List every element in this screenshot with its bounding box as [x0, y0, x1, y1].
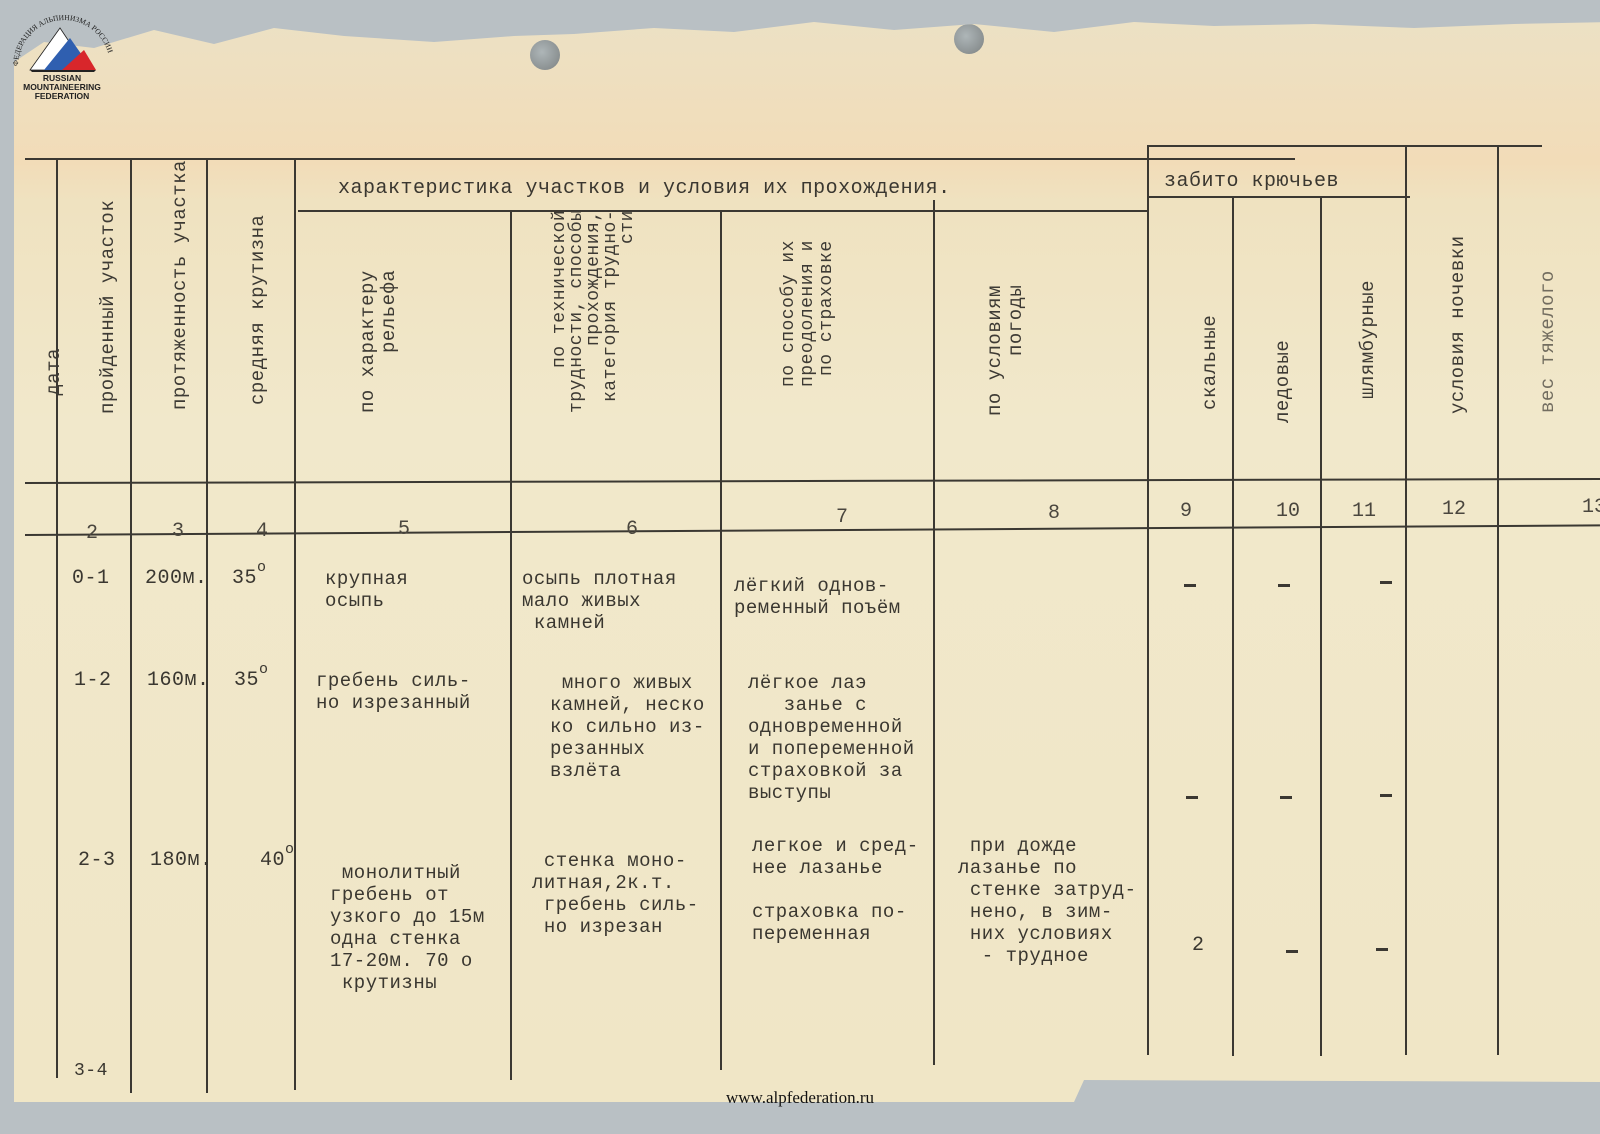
method-cell: лёгкий однов- ременный поъём	[734, 575, 901, 619]
col-num-2: 2	[86, 522, 98, 545]
technical-cell: стенка моно- литная,2к.т. гребень силь- …	[532, 850, 699, 938]
col-num-9: 9	[1180, 500, 1192, 523]
header-section: пройденный участок	[98, 200, 119, 470]
header-bivouac: условия ночевки	[1448, 235, 1469, 460]
section-cell: 2-3	[78, 850, 116, 872]
relief-cell: гребень силь- но изрезанный	[316, 670, 471, 714]
section-cell: 3-4	[74, 1060, 108, 1082]
col-divider	[1320, 196, 1322, 1056]
header-length: протяженность участка	[170, 160, 191, 470]
length-cell: 160м.	[147, 670, 210, 692]
federation-logo: ФЕДЕРАЦИЯ АЛЬПИНИЗМА РОССИИ RUSSIAN MOUN…	[4, 4, 120, 100]
col-num-5: 5	[398, 518, 410, 541]
header-date: дата	[44, 348, 65, 396]
header-slope: средняя крутизна	[248, 215, 269, 455]
header-relief: по характеру рельефа	[358, 270, 400, 455]
ice-pitons-value	[1280, 796, 1292, 799]
pitons-header-title: забито крючьев	[1164, 171, 1339, 193]
col-num-4: 4	[256, 520, 268, 543]
col-divider	[206, 158, 208, 1093]
col-divider	[130, 158, 132, 1093]
col-divider	[1405, 145, 1407, 1055]
header-method: по способу их преодоления и по страховке	[780, 240, 837, 465]
bolt-pitons-value	[1380, 581, 1392, 584]
logo-text: RUSSIAN MOUNTAINEERING FEDERATION	[12, 74, 112, 101]
col-num-13: 13	[1582, 496, 1600, 519]
table-top-border	[25, 158, 1295, 160]
relief-cell: монолитный гребень от узкого до 15м одна…	[330, 862, 485, 994]
slope-cell: 35о	[234, 670, 269, 693]
ice-pitons-value	[1286, 950, 1298, 953]
header-technical: по технической трудности, способы прохож…	[552, 210, 637, 455]
col-num-7: 7	[836, 506, 848, 529]
col-divider	[1497, 145, 1499, 1055]
punch-hole	[530, 40, 560, 70]
punch-hole	[954, 24, 984, 54]
method-cell: лёгкое лаэ занье с одновременной и попер…	[748, 672, 915, 804]
table-top-border-right	[1147, 145, 1542, 147]
weather-cell: при дожде лазанье по стенке затруд- нено…	[958, 835, 1137, 967]
method-cell: легкое и сред- нее лазанье страховка по-…	[752, 835, 919, 945]
length-cell: 180м.	[150, 850, 213, 872]
relief-cell: крупная осыпь	[325, 568, 408, 612]
group-header-title: характеристика участков и условия их про…	[338, 178, 951, 200]
col-divider	[510, 210, 512, 1080]
ice-pitons-value	[1278, 584, 1290, 587]
header-weight: вес тяжелого	[1538, 270, 1559, 445]
section-cell: 0-1	[72, 568, 110, 590]
header-bolt-pitons: шлямбурные	[1358, 280, 1379, 430]
mountain-logo-icon: ФЕДЕРАЦИЯ АЛЬПИНИЗМА РОССИИ	[4, 4, 120, 76]
rock-pitons-value	[1184, 584, 1196, 587]
section-cell: 1-2	[74, 670, 112, 692]
bolt-pitons-value	[1376, 948, 1388, 951]
col-num-8: 8	[1048, 502, 1060, 525]
length-cell: 200м.	[145, 568, 208, 590]
col-divider	[294, 158, 296, 1090]
col-divider	[56, 158, 58, 1078]
col-num-3: 3	[172, 520, 184, 543]
rock-pitons-value	[1186, 796, 1198, 799]
group-header-divider	[298, 210, 1148, 212]
header-weather: по условиям погоды	[985, 285, 1027, 450]
header-ice-pitons: ледовые	[1273, 340, 1294, 440]
technical-cell: осыпь плотная мало живых камней	[522, 568, 677, 634]
footer-url[interactable]: www.alpfederation.ru	[0, 1088, 1600, 1108]
col-divider	[933, 200, 935, 1065]
col-num-10: 10	[1276, 500, 1300, 523]
col-divider	[720, 210, 722, 1070]
technical-cell: много живых камней, неско ко сильно из- …	[550, 672, 705, 782]
col-divider	[1147, 145, 1149, 1055]
rock-pitons-value: 2	[1192, 935, 1205, 957]
slope-cell: 40о	[260, 850, 295, 873]
col-num-12: 12	[1442, 498, 1466, 521]
pitons-header-divider	[1148, 196, 1410, 198]
col-num-6: 6	[626, 518, 638, 541]
bolt-pitons-value	[1380, 794, 1392, 797]
slope-cell: 35о	[232, 568, 267, 591]
col-divider	[1232, 196, 1234, 1056]
logo-line-federation: FEDERATION	[12, 92, 112, 101]
header-rock-pitons: скальные	[1200, 315, 1221, 430]
col-num-11: 11	[1352, 500, 1376, 523]
